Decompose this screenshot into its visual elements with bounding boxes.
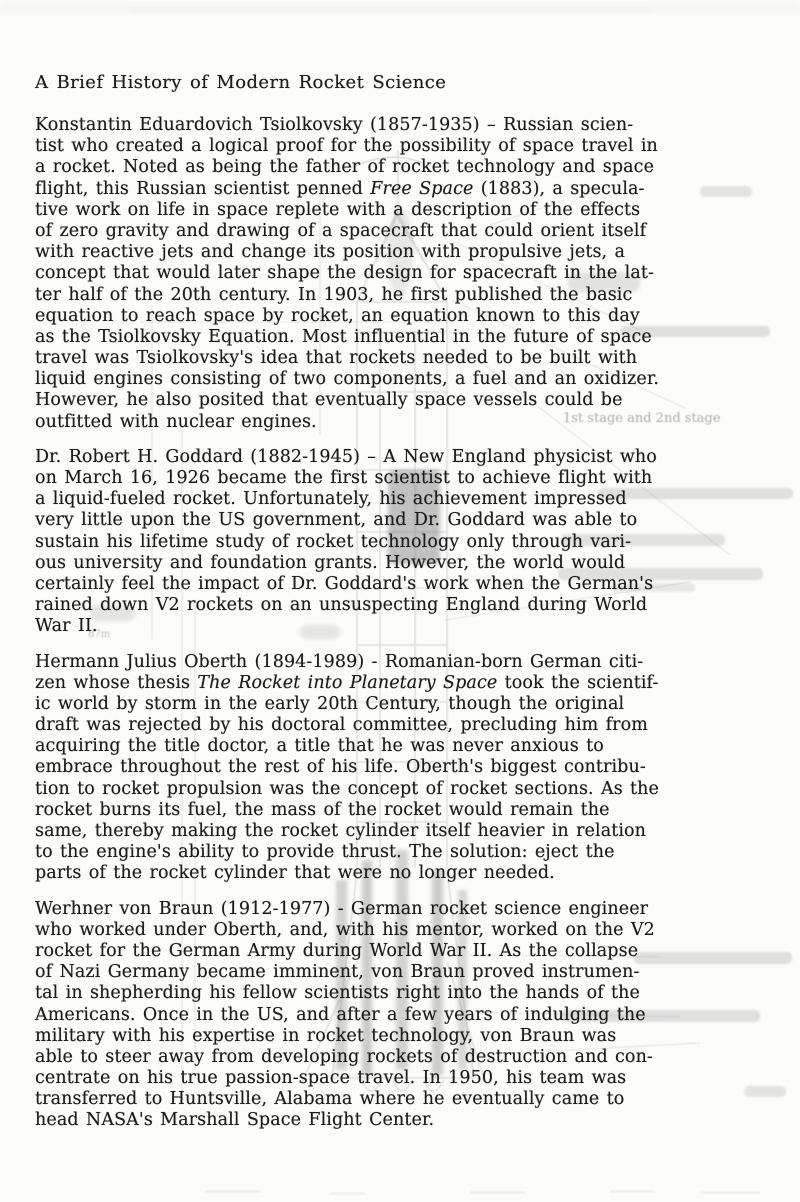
- text-line: centrate on his true passion-space trave…: [35, 1068, 775, 1089]
- text-line: certainly feel the impact of Dr. Goddard…: [35, 574, 775, 595]
- text-line: zen whose thesis The Rocket into Planeta…: [35, 673, 775, 694]
- text-line: tion to rocket propulsion was the concep…: [35, 779, 775, 800]
- text-line: able to steer away from developing rocke…: [35, 1047, 775, 1068]
- text-line: on March 16, 1926 became the first scien…: [35, 468, 775, 489]
- text-line: liquid engines consisting of two compone…: [35, 369, 775, 390]
- text-line: to the engine's ability to provide thrus…: [35, 842, 775, 863]
- document-text: A Brief History of Modern Rocket Science…: [35, 72, 775, 1132]
- page-title: A Brief History of Modern Rocket Science: [35, 72, 775, 93]
- text-line: a rocket. Noted as being the father of r…: [35, 157, 775, 178]
- text-line: However, he also posited that eventually…: [35, 390, 775, 411]
- text-line: Dr. Robert H. Goddard (1882-1945) – A Ne…: [35, 447, 775, 468]
- paragraphs: Konstantin Eduardovich Tsiolkovsky (1857…: [35, 115, 775, 1132]
- text-line: ous university and foundation grants. Ho…: [35, 553, 775, 574]
- text-line: head NASA's Marshall Space Flight Center…: [35, 1110, 775, 1131]
- text-line: sustain his lifetime study of rocket tec…: [35, 532, 775, 553]
- text-line: rocket burns its fuel, the mass of the r…: [35, 800, 775, 821]
- text-line: Hermann Julius Oberth (1894-1989) - Roma…: [35, 652, 775, 673]
- text-line: Americans. Once in the US, and after a f…: [35, 1005, 775, 1026]
- text-line: travel was Tsiolkovsky's idea that rocke…: [35, 348, 775, 369]
- paragraph: Konstantin Eduardovich Tsiolkovsky (1857…: [35, 115, 775, 433]
- text-line: transferred to Huntsville, Alabama where…: [35, 1089, 775, 1110]
- text-line: rained down V2 rockets on an unsuspectin…: [35, 595, 775, 616]
- text-line: with reactive jets and change its positi…: [35, 242, 775, 263]
- text-line: ic world by storm in the early 20th Cent…: [35, 694, 775, 715]
- text-line: draft was rejected by his doctoral commi…: [35, 715, 775, 736]
- text-line: outfitted with nuclear engines.: [35, 412, 775, 433]
- text-line: War II.: [35, 616, 775, 637]
- text-line: who worked under Oberth, and, with his m…: [35, 920, 775, 941]
- paragraph: Hermann Julius Oberth (1894-1989) - Roma…: [35, 652, 775, 885]
- paragraph: Werhner von Braun (1912-1977) - German r…: [35, 899, 775, 1132]
- text-line: acquiring the title doctor, a title that…: [35, 736, 775, 757]
- text-line: tist who created a logical proof for the…: [35, 136, 775, 157]
- text-line: embrace throughout the rest of his life.…: [35, 757, 775, 778]
- text-line: parts of the rocket cylinder that were n…: [35, 863, 775, 884]
- paragraph: Dr. Robert H. Goddard (1882-1945) – A Ne…: [35, 447, 775, 638]
- text-line: ter half of the 20th century. In 1903, h…: [35, 285, 775, 306]
- text-line: same, thereby making the rocket cylinder…: [35, 821, 775, 842]
- scanned-page: 1st stage and 2nd stage 87m A Brief Hist…: [0, 0, 800, 1202]
- text-line: a liquid-fueled rocket. Unfortunately, h…: [35, 489, 775, 510]
- text-line: very little upon the US government, and …: [35, 510, 775, 531]
- text-line: of Nazi Germany became imminent, von Bra…: [35, 962, 775, 983]
- text-line: military with his expertise in rocket te…: [35, 1026, 775, 1047]
- text-line: Konstantin Eduardovich Tsiolkovsky (1857…: [35, 115, 775, 136]
- text-line: concept that would later shape the desig…: [35, 263, 775, 284]
- text-line: flight, this Russian scientist penned Fr…: [35, 179, 775, 200]
- text-line: tive work on life in space replete with …: [35, 200, 775, 221]
- text-line: Werhner von Braun (1912-1977) - German r…: [35, 899, 775, 920]
- text-line: as the Tsiolkovsky Equation. Most influe…: [35, 327, 775, 348]
- text-line: equation to reach space by rocket, an eq…: [35, 306, 775, 327]
- text-line: tal in shepherding his fellow scientists…: [35, 983, 775, 1004]
- text-line: of zero gravity and drawing of a spacecr…: [35, 221, 775, 242]
- text-line: rocket for the German Army during World …: [35, 941, 775, 962]
